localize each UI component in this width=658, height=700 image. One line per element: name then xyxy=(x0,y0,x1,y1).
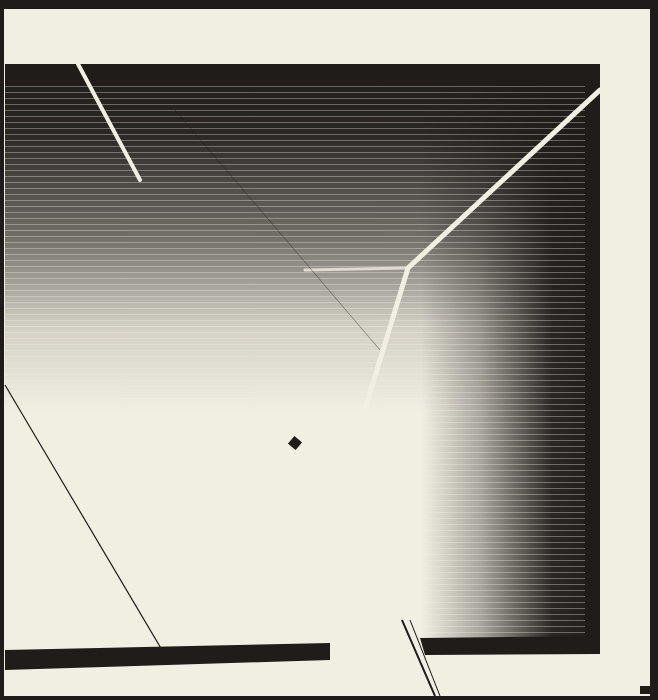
artwork-print xyxy=(0,0,658,700)
ink-block xyxy=(5,64,600,670)
